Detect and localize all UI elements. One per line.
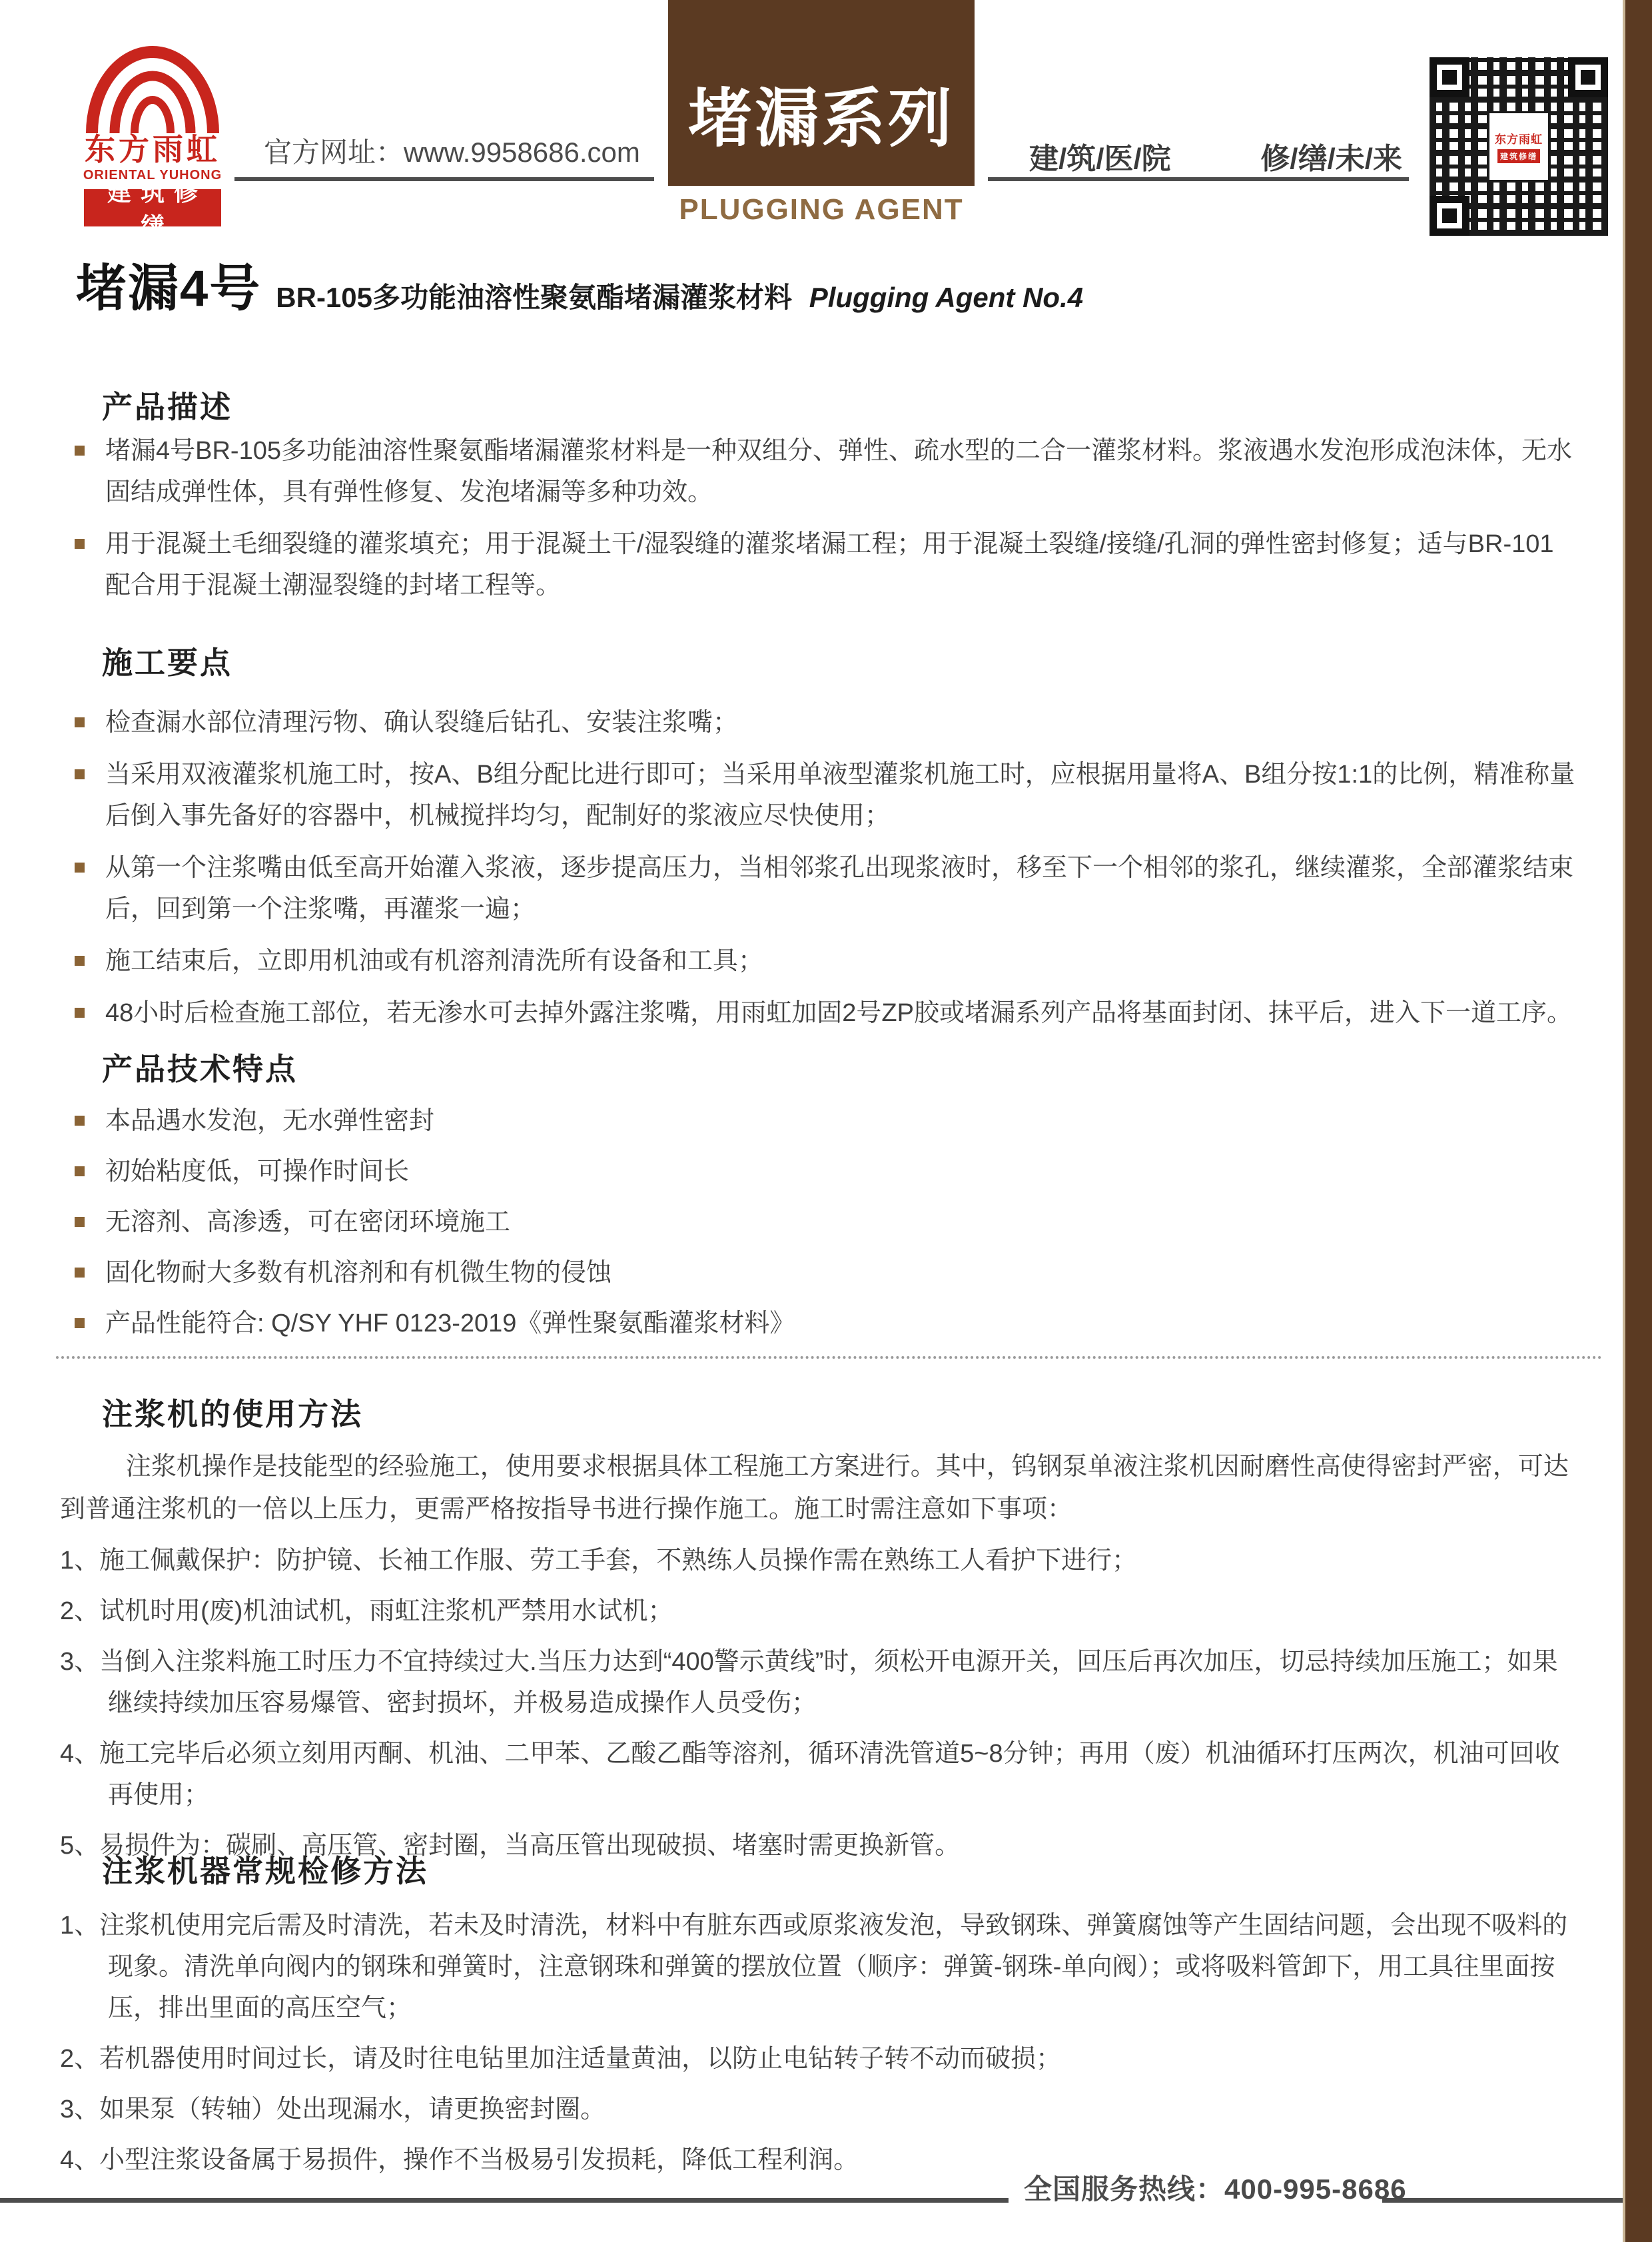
- square-bullet-icon: [75, 1268, 85, 1278]
- square-bullet-icon: [75, 1008, 85, 1018]
- company-logo: 东方雨虹 ORIENTAL YUHONG 建筑修缮: [75, 39, 230, 226]
- page-header: 东方雨虹 ORIENTAL YUHONG 建筑修缮 官方网址：www.99586…: [0, 0, 1652, 246]
- qr-logo-tagline: 建筑修缮: [1497, 149, 1540, 163]
- bullet-text: 48小时后检查施工部位，若无渗水可去掉外露注浆嘴，用雨虹加固2号ZP胶或堵漏系列…: [105, 999, 1572, 1027]
- square-bullet-icon: [75, 1116, 85, 1126]
- numbered-item: 3、当倒入注浆料施工时压力不宜持续过大.当压力达到“400警示黄线”时，须松开电…: [60, 1641, 1577, 1724]
- list-item: 产品性能符合: Q/SY YHF 0123-2019《弹性聚氨酯灌浆材料》: [75, 1303, 795, 1344]
- bullet-text: 本品遇水发泡，无水弹性密封: [105, 1107, 434, 1135]
- square-bullet-icon: [75, 1318, 85, 1328]
- bullet-text: 无溶剂、高渗透，可在密闭环境施工: [105, 1208, 510, 1236]
- bullet-text: 施工结束后，立即用机油或有机溶剂清洗所有设备和工具；: [105, 947, 763, 975]
- qr-code: 东方雨虹 建筑修缮: [1430, 57, 1608, 236]
- square-bullet-icon: [75, 539, 85, 549]
- section-heading-machine-usage: 注浆机的使用方法: [102, 1396, 363, 1433]
- bullet-text: 堵漏4号BR-105多功能油溶性聚氨酯堵漏灌浆材料是一种双组分、弹性、疏水型的二…: [105, 437, 1572, 506]
- series-badge: 堵漏系列: [668, 0, 975, 186]
- description-list: 堵漏4号BR-105多功能油溶性聚氨酯堵漏灌浆材料是一种双组分、弹性、疏水型的二…: [75, 430, 1577, 617]
- document-page: 东方雨虹 ORIENTAL YUHONG 建筑修缮 官方网址：www.99586…: [0, 0, 1652, 2242]
- list-item: 无溶剂、高渗透，可在密闭环境施工: [75, 1202, 795, 1243]
- construction-list: 检查漏水部位清理污物、确认裂缝后钻孔、安装注浆嘴； 当采用双液灌浆机施工时，按A…: [75, 702, 1577, 1044]
- numbered-item: 3、如果泵（转轴）处出现漏水，请更换密封圈。: [60, 2089, 1577, 2130]
- list-item: 堵漏4号BR-105多功能油溶性聚氨酯堵漏灌浆材料是一种双组分、弹性、疏水型的二…: [75, 430, 1577, 513]
- footer-rule-left: [0, 2198, 1009, 2203]
- features-list: 本品遇水发泡，无水弹性密封 初始粘度低，可操作时间长 无溶剂、高渗透，可在密闭环…: [75, 1100, 795, 1353]
- logo-name-cn: 东方雨虹: [75, 133, 230, 165]
- bullet-text: 检查漏水部位清理污物、确认裂缝后钻孔、安装注浆嘴；: [105, 709, 738, 737]
- series-subtitle-en: PLUGGING AGENT: [668, 193, 975, 226]
- page-edge-strip: [1623, 0, 1652, 2242]
- official-website: 官方网址：www.9958686.com: [264, 131, 640, 171]
- header-rule-right: [988, 177, 1409, 181]
- dotted-divider: [56, 1356, 1603, 1359]
- list-item: 48小时后检查施工部位，若无渗水可去掉外露注浆嘴，用雨虹加固2号ZP胶或堵漏系列…: [75, 992, 1577, 1034]
- machine-usage-intro: 注浆机操作是技能型的经验施工，使用要求根据具体工程施工方案进行。其中，钨钢泵单液…: [60, 1445, 1577, 1531]
- logo-tagline-badge: 建筑修缮: [84, 189, 221, 226]
- bullet-text: 用于混凝土毛细裂缝的灌浆填充；用于混凝土干/湿裂缝的灌浆堵漏工程；用于混凝土裂缝…: [105, 530, 1554, 599]
- qr-finder-icon: [1568, 57, 1608, 97]
- list-item: 当采用双液灌浆机施工时，按A、B组分配比进行即可；当采用单液型灌浆机施工时，应根…: [75, 754, 1577, 837]
- product-subtitle-cn: BR-105多功能油溶性聚氨酯堵漏灌浆材料: [276, 282, 792, 313]
- list-item: 施工结束后，立即用机油或有机溶剂清洗所有设备和工具；: [75, 940, 1577, 982]
- bullet-text: 初始粘度低，可操作时间长: [105, 1158, 409, 1186]
- list-item: 初始粘度低，可操作时间长: [75, 1151, 795, 1192]
- footer-rule-right: [1382, 2198, 1625, 2203]
- bullet-text: 从第一个注浆嘴由低至高开始灌入浆液，逐步提高压力，当相邻浆孔出现浆液时，移至下一…: [105, 854, 1573, 923]
- machine-maintenance-list: 1、注浆机使用完后需及时清洗，若未及时清洗，材料中有脏东西或原浆液发泡，导致钢珠…: [60, 1905, 1577, 2190]
- slogan-left: 建/筑/医/院: [1029, 135, 1171, 177]
- qr-finder-icon: [1430, 196, 1469, 236]
- header-rule-left: [234, 177, 654, 181]
- series-title: 堵漏系列: [688, 87, 955, 151]
- square-bullet-icon: [75, 863, 85, 873]
- square-bullet-icon: [75, 1166, 85, 1176]
- rainbow-arch-icon: [83, 39, 222, 133]
- product-subtitle: BR-105多功能油溶性聚氨酯堵漏灌浆材料 Plugging Agent No.…: [276, 284, 1083, 314]
- list-item: 从第一个注浆嘴由低至高开始灌入浆液，逐步提高压力，当相邻浆孔出现浆液时，移至下一…: [75, 847, 1577, 930]
- list-item: 本品遇水发泡，无水弹性密封: [75, 1100, 795, 1142]
- qr-finder-icon: [1430, 57, 1469, 97]
- slogan-right: 修/缮/未/来: [1260, 135, 1402, 177]
- machine-usage-list: 1、施工佩戴保护：防护镜、长袖工作服、劳工手套，不熟练人员操作需在熟练工人看护下…: [60, 1540, 1577, 1876]
- square-bullet-icon: [75, 446, 85, 456]
- bullet-text: 产品性能符合: Q/SY YHF 0123-2019《弹性聚氨酯灌浆材料》: [105, 1309, 795, 1337]
- list-item: 用于混凝土毛细裂缝的灌浆填充；用于混凝土干/湿裂缝的灌浆堵漏工程；用于混凝土裂缝…: [75, 524, 1577, 606]
- qr-logo-name: 东方雨虹: [1495, 130, 1543, 147]
- header-slogan: 建/筑/医/院 修/缮/未/来: [1029, 135, 1402, 177]
- square-bullet-icon: [75, 956, 85, 966]
- qr-center-logo: 东方雨虹 建筑修缮: [1489, 113, 1548, 180]
- list-item: 检查漏水部位清理污物、确认裂缝后钻孔、安装注浆嘴；: [75, 702, 1577, 743]
- numbered-item: 1、施工佩戴保护：防护镜、长袖工作服、劳工手套，不熟练人员操作需在熟练工人看护下…: [60, 1540, 1577, 1581]
- service-hotline: 全国服务热线：400-995-8686: [1024, 2167, 1407, 2207]
- product-title-row: 堵漏4号 BR-105多功能油溶性聚氨酯堵漏灌浆材料 Plugging Agen…: [76, 264, 1083, 314]
- list-item: 固化物耐大多数有机溶剂和有机微生物的侵蚀: [75, 1252, 795, 1294]
- square-bullet-icon: [75, 769, 85, 779]
- numbered-item: 1、注浆机使用完后需及时清洗，若未及时清洗，材料中有脏东西或原浆液发泡，导致钢珠…: [60, 1905, 1577, 2029]
- numbered-item: 4、施工完毕后必须立刻用丙酮、机油、二甲苯、乙酸乙酯等溶剂，循环清洗管道5~8分…: [60, 1733, 1577, 1816]
- product-name: 堵漏4号: [76, 264, 261, 314]
- numbered-item: 2、若机器使用时间过长，请及时往电钻里加注适量黄油，以防止电钻转子转不动而破损；: [60, 2038, 1577, 2079]
- section-heading-construction: 施工要点: [102, 645, 232, 681]
- section-heading-features: 产品技术特点: [102, 1051, 298, 1088]
- bullet-text: 当采用双液灌浆机施工时，按A、B组分配比进行即可；当采用单液型灌浆机施工时，应根…: [105, 761, 1575, 830]
- square-bullet-icon: [75, 1217, 85, 1227]
- bullet-text: 固化物耐大多数有机溶剂和有机微生物的侵蚀: [105, 1259, 612, 1287]
- square-bullet-icon: [75, 717, 85, 727]
- section-heading-description: 产品描述: [102, 389, 232, 426]
- numbered-item: 2、试机时用(废)机油试机，雨虹注浆机严禁用水试机；: [60, 1591, 1577, 1632]
- section-heading-machine-maintenance: 注浆机器常规检修方法: [102, 1853, 428, 1890]
- product-subtitle-en: Plugging Agent No.4: [809, 282, 1083, 313]
